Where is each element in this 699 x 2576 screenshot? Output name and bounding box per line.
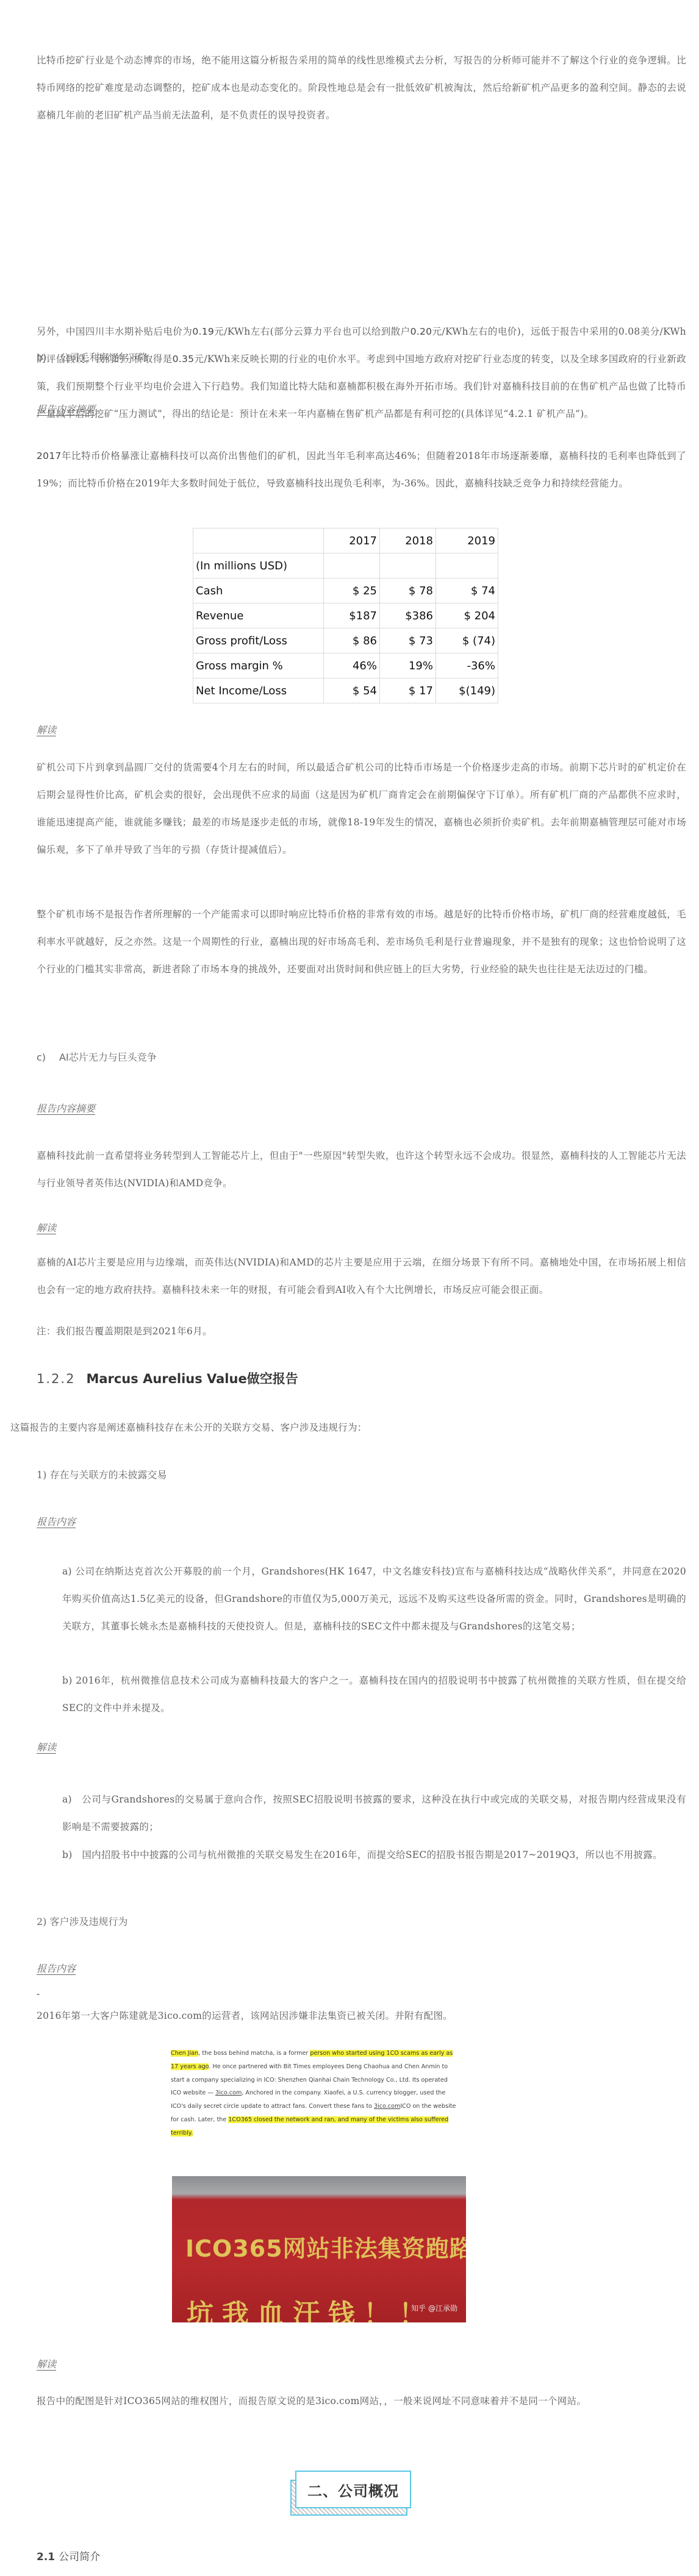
table-row: Gross margin % 46% 19% -36% — [193, 653, 498, 678]
paragraph-ai-summary: 嘉楠科技此前一直希望将业务转型到人工智能芯片上，但由于"一些原因"转型失败，也许… — [37, 1142, 686, 1197]
subheading-undisclosed-transactions: 1) 存在与关联方的未披露交易 — [37, 1467, 167, 1481]
cell: 19% — [380, 653, 436, 678]
paragraph-ico365-interp: 报告中的配图是针对ICO365网站的维权图片，而报告原文说的是3ico.com网… — [37, 2388, 686, 2415]
subheading-ai-chip: c)AI芯片无力与巨头竞争 — [37, 1050, 157, 1064]
heading-2-1: 2.1公司简介 — [37, 2548, 100, 2563]
section-title-company-overview: 二、公司概况 — [295, 2471, 411, 2508]
cell — [436, 553, 498, 578]
cell: $ 17 — [380, 678, 436, 703]
row-label: Net Income/Loss — [193, 678, 324, 703]
cell: $ 73 — [380, 628, 436, 653]
row-label: Gross profit/Loss — [193, 628, 324, 653]
cell: $ (74) — [436, 628, 498, 653]
price-value: 0.19 — [192, 326, 214, 337]
label-report-content: 报告内容 — [37, 1961, 76, 1975]
protest-banner-photo: ICO365网站非法集资跑路 坑我血汗钱！！ 知乎 @江承勋 — [172, 2176, 466, 2322]
cell: $ 54 — [324, 678, 380, 703]
paragraph-interp-weitui: b) 国内招股书中中披露的公司与杭州微推的关联交易发生在2016年，而提交给SE… — [62, 1841, 686, 1869]
table-header-cell: 2018 — [380, 528, 436, 553]
text: , the boss behind matcha, is a former — [198, 2050, 310, 2057]
label-report-summary: 报告内容摘要 — [37, 402, 95, 416]
paragraph-chen-jian: 2016年第一大客户陈建就是3ico.com的运营者，该网站因涉嫌非法集资已被关… — [37, 2002, 686, 2030]
coverage-note: 注：我们报告覆盖期限是到2021年6月。 — [37, 1318, 686, 1345]
price-value: 0.20 — [410, 326, 432, 337]
paragraph-short-report-intro: 这篇报告的主要内容是阐述嘉楠科技存在未公开的关联方交易、客户涉及违规行为： — [10, 1414, 660, 1442]
paragraph-interp-cycle: 矿机公司下片到拿到晶圆厂交付的货需要4个月左右的时间，所以最适合矿机公司的比特币… — [37, 754, 686, 864]
heading-title: Marcus Aurelius Value做空报告 — [86, 1372, 298, 1386]
link-text: 3ico.com — [215, 2090, 242, 2096]
table-header-cell: 2017 — [324, 528, 380, 553]
paragraph-interp-grandshores: a) 公司与Grandshores的交易属于意向合作，按照SEC招股说明书披露的… — [62, 1786, 686, 1841]
cell: $187 — [324, 603, 380, 628]
dash-marker: - — [37, 1988, 40, 1999]
row-label: Revenue — [193, 603, 324, 628]
paragraph-mining-dynamic: 比特币挖矿行业是个动态博弈的市场，绝不能用这篇分析报告采用的简单的线性思维模式去… — [37, 47, 686, 129]
paragraph-gross-margin-summary: 2017年比特币价格暴涨让嘉楠科技可以高价出售他们的矿机，因此当年毛利率高达46… — [37, 443, 686, 497]
label-report-summary: 报告内容摘要 — [37, 1101, 95, 1115]
row-label: Gross margin % — [193, 653, 324, 678]
text: 年比特币价格暴涨让嘉楠科技可以高价出售他们的矿机，因此当年毛利率高达46%；但随… — [37, 450, 686, 489]
section-badge: 二、公司概况 — [290, 2471, 412, 2516]
paragraph-grandshores: a) 公司在纳斯达克首次公开募股的前一个月，Grandshores(HK 164… — [62, 1558, 686, 1640]
watermark: 知乎 @江承勋 — [411, 2303, 457, 2313]
image-article-text: Chen Jian, the boss behind matcha, is a … — [171, 2047, 457, 2140]
evidence-image: Chen Jian, the boss behind matcha, is a … — [160, 2030, 485, 2298]
link-text: 3ico.com — [374, 2103, 400, 2110]
cell: $ 25 — [324, 578, 380, 603]
cell — [324, 553, 380, 578]
price-value: 0.35 — [173, 354, 195, 365]
table-row: Cash $ 25 $ 78 $ 74 — [193, 578, 498, 603]
table-header-cell: 2019 — [436, 528, 498, 553]
subheading-customer-violation: 2) 客户涉及违规行为 — [37, 1914, 128, 1928]
heading-1-2-2: 1.2.2Marcus Aurelius Value做空报告 — [37, 1369, 298, 1387]
banner-text-line1: ICO365网站非法集资跑路 — [185, 2230, 466, 2263]
label-interpretation: 解读 — [37, 1220, 56, 1234]
label-interpretation: 解读 — [37, 1740, 56, 1754]
cell — [380, 553, 436, 578]
cell: $ 204 — [436, 603, 498, 628]
cell: 46% — [324, 653, 380, 678]
heading-title: 公司简介 — [59, 2551, 100, 2563]
label-report-content: 报告内容 — [37, 1514, 76, 1528]
cell: $ 86 — [324, 628, 380, 653]
banner-text-line2: 坑我血汗钱！！ — [187, 2292, 434, 2322]
row-label: (In millions USD) — [193, 553, 324, 578]
text: 另外，中国四川丰水期补贴后电价为 — [37, 326, 192, 337]
text: 元/KWh左右(部分云算力平台也可以给到散户 — [214, 326, 410, 337]
table-header-row: 2017 2018 2019 — [193, 528, 498, 553]
cell: $ 78 — [380, 578, 436, 603]
table-header-cell — [193, 528, 324, 553]
table-row: Gross profit/Loss $ 86 $ 73 $ (74) — [193, 628, 498, 653]
cell: $(149) — [436, 678, 498, 703]
table-row: (In millions USD) — [193, 553, 498, 578]
cell: $ 74 — [436, 578, 498, 603]
paragraph-interp-market: 整个矿机市场不是报告作者所理解的一个产能需求可以即时响应比特币价格的非常有效的市… — [37, 901, 686, 983]
list-marker: b) — [37, 352, 46, 363]
highlighted-text: Chen Jian — [171, 2050, 198, 2057]
paragraph-hangzhou-weitui: b) 2016年，杭州微推信息技术公司成为嘉楠科技最大的客户之一。嘉楠科技在国内… — [62, 1667, 686, 1722]
paragraph-electricity-price: 另外，中国四川丰水期补贴后电价为0.19元/KWh左右(部分云算力平台也可以给到… — [37, 318, 686, 428]
heading-number: 2.1 — [37, 2551, 55, 2563]
subheading-text: AI芯片无力与巨头竞争 — [59, 1051, 157, 1063]
cell: -36% — [436, 653, 498, 678]
cell: $386 — [380, 603, 436, 628]
financial-table: 2017 2018 2019 (In millions USD) Cash $ … — [193, 528, 498, 703]
subheading-text: 公司毛利率逐年下降 — [60, 352, 148, 363]
label-interpretation: 解读 — [37, 722, 56, 736]
paragraph-ai-interp: 嘉楠的AI芯片主要是应用与边缘端，而英伟达(NVIDIA)和AMD的芯片主要是应… — [37, 1249, 686, 1304]
heading-number: 1.2.2 — [37, 1372, 75, 1386]
table-row: Net Income/Loss $ 54 $ 17 $(149) — [193, 678, 498, 703]
year: 2017 — [37, 450, 62, 461]
label-interpretation: 解读 — [37, 2357, 56, 2371]
subheading-gross-margin: b)公司毛利率逐年下降 — [37, 350, 148, 364]
list-marker: c) — [37, 1051, 46, 1063]
row-label: Cash — [193, 578, 324, 603]
table-row: Revenue $187 $386 $ 204 — [193, 603, 498, 628]
